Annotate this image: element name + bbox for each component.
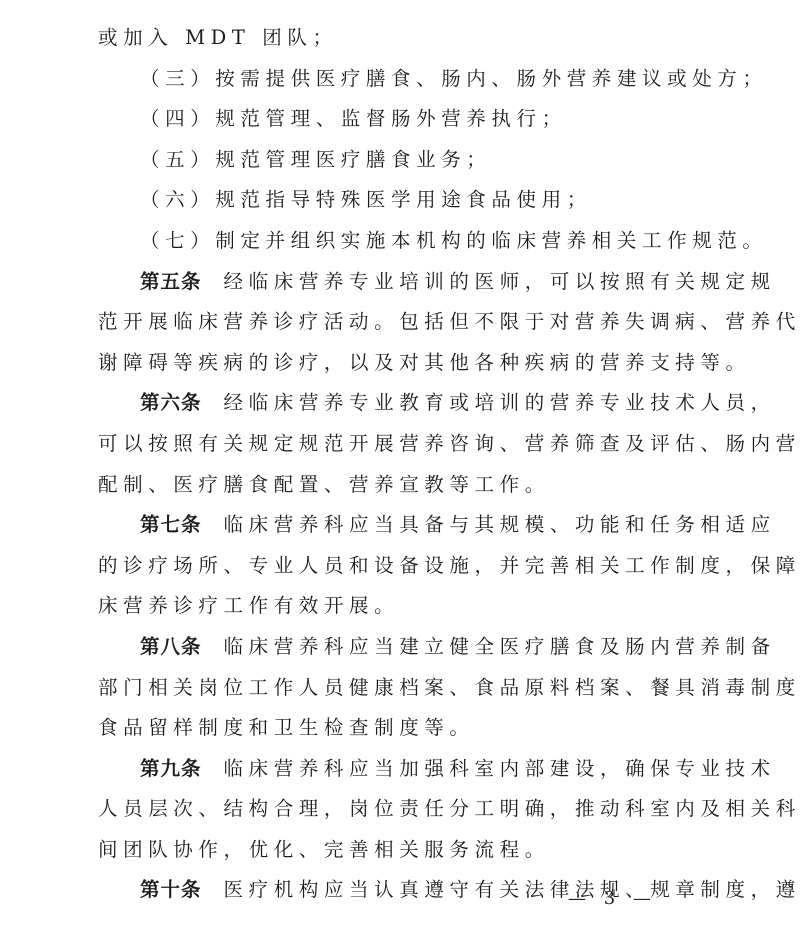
list-item-4: （四）规范管理、监督肠外营养执行； — [98, 99, 684, 140]
article-9-line-1: 第九条临床营养科应当加强科室内部建设，确保专业技术 — [98, 749, 684, 790]
list-item-6: （六）规范指导特殊医学用途食品使用； — [98, 180, 684, 221]
article-text: 经临床营养专业教育或培训的营养专业技术人员， — [224, 391, 776, 414]
article-9-line-3: 间团队协作，优化、完善相关服务流程。 — [98, 830, 684, 871]
article-9-line-2: 人员层次、结构合理，岗位责任分工明确，推动科室内及相关科室 — [98, 789, 684, 830]
article-6-line-1: 第六条经临床营养专业教育或培训的营养专业技术人员， — [98, 383, 684, 424]
article-text: 医疗机构应当认真遵守有关法律法规、规章制度，遵 — [224, 878, 800, 901]
article-text: 临床营养科应当建立健全医疗膳食及肠内营养制备 — [224, 635, 776, 658]
article-heading: 第五条 — [140, 270, 202, 293]
article-6-line-3: 配制、医疗膳食配置、营养宣教等工作。 — [98, 465, 684, 506]
article-8-line-3: 食品留样制度和卫生检查制度等。 — [98, 708, 684, 749]
article-heading: 第八条 — [140, 635, 202, 658]
article-text: 临床营养科应当加强科室内部建设，确保专业技术 — [224, 757, 776, 780]
list-item-7: （七）制定并组织实施本机构的临床营养相关工作规范。 — [98, 221, 684, 262]
article-text: 临床营养科应当具备与其规模、功能和任务相适应 — [224, 513, 776, 536]
article-5-line-2: 范开展临床营养诊疗活动。包括但不限于对营养失调病、营养代 — [98, 302, 684, 343]
document-page: 或加入 MDT 团队； （三）按需提供医疗膳食、肠内、肠外营养建议或处方； （四… — [98, 18, 684, 911]
page-number: — 3 — — [568, 888, 657, 909]
article-6-line-2: 可以按照有关规定规范开展营养咨询、营养筛查及评估、肠内营养 — [98, 424, 684, 465]
list-item-5: （五）规范管理医疗膳食业务； — [98, 140, 684, 181]
article-5-line-1: 第五条经临床营养专业培训的医师，可以按照有关规定规 — [98, 262, 684, 303]
article-heading: 第九条 — [140, 757, 202, 780]
article-7-line-3: 床营养诊疗工作有效开展。 — [98, 586, 684, 627]
article-text: 经临床营养专业培训的医师，可以按照有关规定规 — [224, 270, 776, 293]
list-item-3: （三）按需提供医疗膳食、肠内、肠外营养建议或处方； — [98, 59, 684, 100]
article-5-line-3: 谢障碍等疾病的诊疗，以及对其他各种疾病的营养支持等。 — [98, 343, 684, 384]
article-8-line-2: 部门相关岗位工作人员健康档案、食品原料档案、餐具消毒制度、 — [98, 668, 684, 709]
article-heading: 第十条 — [140, 878, 202, 901]
article-heading: 第六条 — [140, 391, 202, 414]
continued-line: 或加入 MDT 团队； — [98, 18, 684, 59]
article-8-line-1: 第八条临床营养科应当建立健全医疗膳食及肠内营养制备 — [98, 627, 684, 668]
article-heading: 第七条 — [140, 513, 202, 536]
article-7-line-1: 第七条临床营养科应当具备与其规模、功能和任务相适应 — [98, 505, 684, 546]
article-7-line-2: 的诊疗场所、专业人员和设备设施，并完善相关工作制度，保障临 — [98, 546, 684, 587]
